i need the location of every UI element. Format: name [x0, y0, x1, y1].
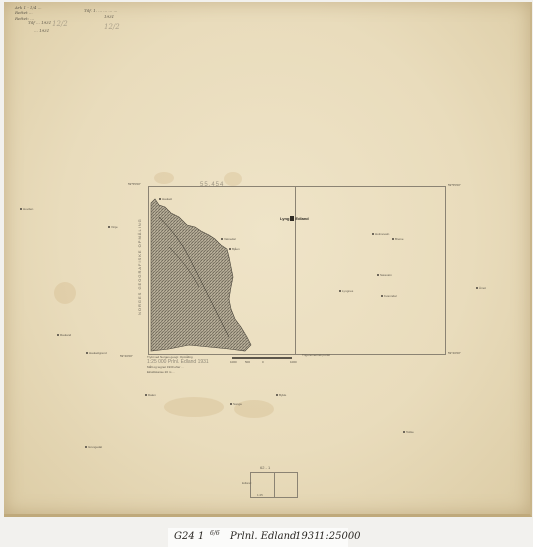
coord-top-right: 59°55'00": [448, 183, 461, 187]
map-title-label: LyngEdland: [280, 216, 309, 221]
title-prefix: Lyng: [280, 216, 289, 221]
frame-divider: [295, 187, 296, 354]
place-label: Haukeli: [159, 197, 172, 201]
outside-place: Tokke: [403, 430, 414, 434]
stain: [164, 397, 224, 417]
caption-scale: 1:25000: [319, 531, 361, 542]
caption-fraction: 6/6: [210, 530, 220, 537]
terrain-relief: [149, 187, 259, 354]
stain: [224, 172, 242, 186]
right-note: Trigonometrisk punkt: [302, 353, 330, 357]
scale-tick: 0: [262, 360, 264, 364]
handwritten-note-5: ... 1931: [34, 28, 49, 33]
scale-tick: 1000: [290, 360, 297, 364]
outside-place: Haukeligrend: [86, 351, 107, 355]
square-marker-icon: [290, 216, 294, 221]
handwritten-note-center-2: 1931: [104, 14, 114, 19]
caption-year: 1931: [295, 531, 320, 542]
outside-place: Vinje: [108, 225, 118, 229]
outside-place: Rauland: [57, 333, 71, 337]
pencil-note-left: 12/2: [52, 22, 68, 27]
outside-place: Dalen: [145, 393, 156, 397]
map-imprint: Trykt ved Norges geogr. Opmåling 1:25 00…: [147, 355, 209, 375]
stain: [154, 172, 174, 184]
place-label: Holmevatn: [372, 232, 389, 236]
place-label: Lyngnes: [339, 289, 353, 293]
handwritten-note-2: Rettet ...: [15, 10, 33, 15]
scale-bar: [232, 357, 292, 359]
pencil-note-center: 12/2: [104, 25, 120, 30]
index-side-label: Edland: [242, 481, 251, 485]
index-divider: [274, 473, 275, 497]
map-frame: Haukeli Vatnedal Bjåen Holmevatn Breive …: [148, 186, 446, 355]
outside-place: Bykle: [276, 393, 286, 397]
scale-tick: 1000: [230, 360, 237, 364]
handwritten-note-center: Tilf. 1. ... ... ... ...: [84, 8, 117, 13]
outside-place: Grungedal: [85, 445, 102, 449]
outside-place: Hovden: [20, 207, 33, 211]
scale-tick: 500: [245, 360, 250, 364]
caption-sheet-id: G24 1: [174, 531, 204, 542]
place-label: Sæsvatn: [377, 273, 392, 277]
side-imprint-text: NORGES GEOGRAFISKE OPMÅLING: [137, 218, 142, 315]
caption-title: Prlnl. Edland: [230, 531, 296, 542]
outside-place: Åmot: [476, 286, 486, 290]
place-label: Vatnedal: [221, 237, 236, 241]
index-diagram-label: 62 - 1: [260, 465, 270, 470]
handwritten-note-4: Tilf ... 1931: [28, 20, 51, 25]
imprint-line-4: Ekvidistanse 20 m ...: [147, 370, 209, 375]
index-bottom-label: 1:25: [257, 493, 263, 497]
place-label: Breive: [392, 237, 404, 241]
outside-place: Songa: [230, 402, 242, 406]
place-label: Kvanndal: [381, 294, 397, 298]
coord-bottom-right: 59°40'00": [448, 351, 461, 355]
archive-caption: G24 1 6/6 Prlnl. Edland 1931 1:25000: [168, 528, 348, 547]
coord-top-left: 59°55'00": [128, 182, 141, 186]
stain: [54, 282, 76, 304]
coord-bottom-left: 59°40'00": [120, 354, 133, 358]
title-name: Edland: [295, 216, 308, 221]
place-label: Bjåen: [229, 247, 240, 251]
